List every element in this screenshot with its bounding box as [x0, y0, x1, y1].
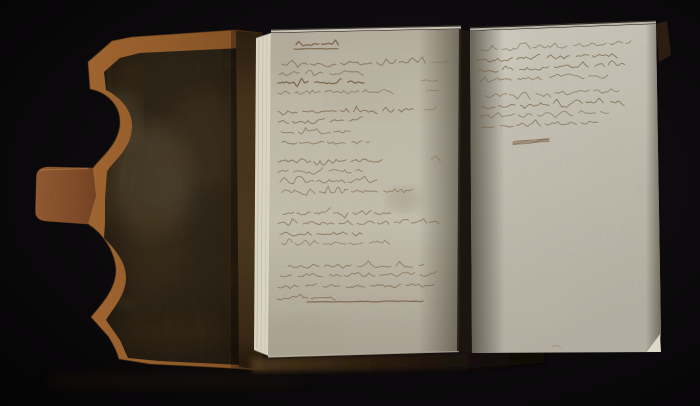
right-page-texture	[465, 20, 665, 357]
underline-stroke	[294, 49, 338, 50]
left-page-texture	[258, 25, 465, 361]
manuscript-photo	[0, 0, 700, 406]
table-reflection	[45, 372, 305, 390]
gutter-shadow	[457, 29, 472, 353]
right-page	[465, 20, 671, 357]
page-edge-stack	[254, 33, 271, 356]
manuscript-photo-scene	[0, 0, 700, 406]
left-page	[258, 25, 465, 361]
